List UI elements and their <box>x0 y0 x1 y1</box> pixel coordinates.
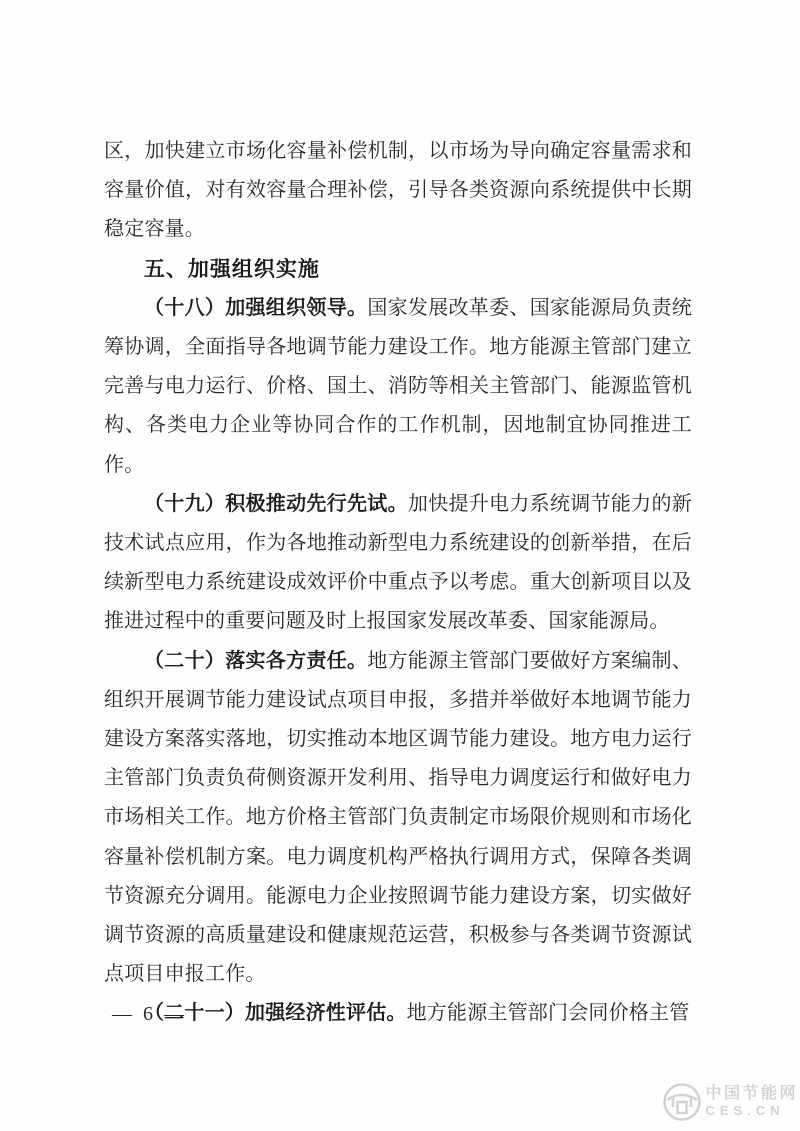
paragraph-19-lead: （十九）积极推动先行先试。 <box>144 493 408 515</box>
paragraph-20-lead: （二十）落实各方责任。 <box>144 650 367 672</box>
paragraph-21-text: 地方能源主管部门会同价格主管 <box>407 1002 690 1024</box>
watermark-text: 中国节能网 CES.CN <box>705 1085 798 1118</box>
document-page: 区，加快建立市场化容量补偿机制，以市场为导向确定容量需求和容量价值，对有效容量合… <box>0 0 800 1131</box>
ces-logo-icon <box>661 1081 703 1123</box>
paragraph-18-text: 国家发展改革委、国家能源局负责统筹协调，全面指导各地调节能力建设工作。地方能源主… <box>104 297 692 476</box>
paragraph-21: （二十一）加强经济性评估。地方能源主管部门会同价格主管 <box>104 994 692 1033</box>
paragraph-20-text: 地方能源主管部门要做好方案编制、组织开展调节能力建设试点项目申报，多措并举做好本… <box>104 650 692 986</box>
paragraph-20: （二十）落实各方责任。地方能源主管部门要做好方案编制、组织开展调节能力建设试点项… <box>104 642 692 995</box>
watermark: 中国节能网 CES.CN <box>661 1081 798 1123</box>
watermark-site-name: 中国节能网 <box>705 1085 798 1103</box>
watermark-site-domain: CES.CN <box>705 1104 798 1119</box>
paragraph-19: （十九）积极推动先行先试。加快提升电力系统调节能力的新技术试点应用，作为各地推动… <box>104 485 692 642</box>
document-body: 区，加快建立市场化容量补偿机制，以市场为导向确定容量需求和容量价值，对有效容量合… <box>104 132 692 1034</box>
section-heading: 五、加强组织实施 <box>104 250 692 289</box>
paragraph-18-lead: （十八）加强组织领导。 <box>144 297 367 319</box>
paragraph-continuation: 区，加快建立市场化容量补偿机制，以市场为导向确定容量需求和容量价值，对有效容量合… <box>104 132 692 250</box>
paragraph-18: （十八）加强组织领导。国家发展改革委、国家能源局负责统筹协调，全面指导各地调节能… <box>104 289 692 485</box>
page-number: — 6 — <box>112 1003 187 1026</box>
